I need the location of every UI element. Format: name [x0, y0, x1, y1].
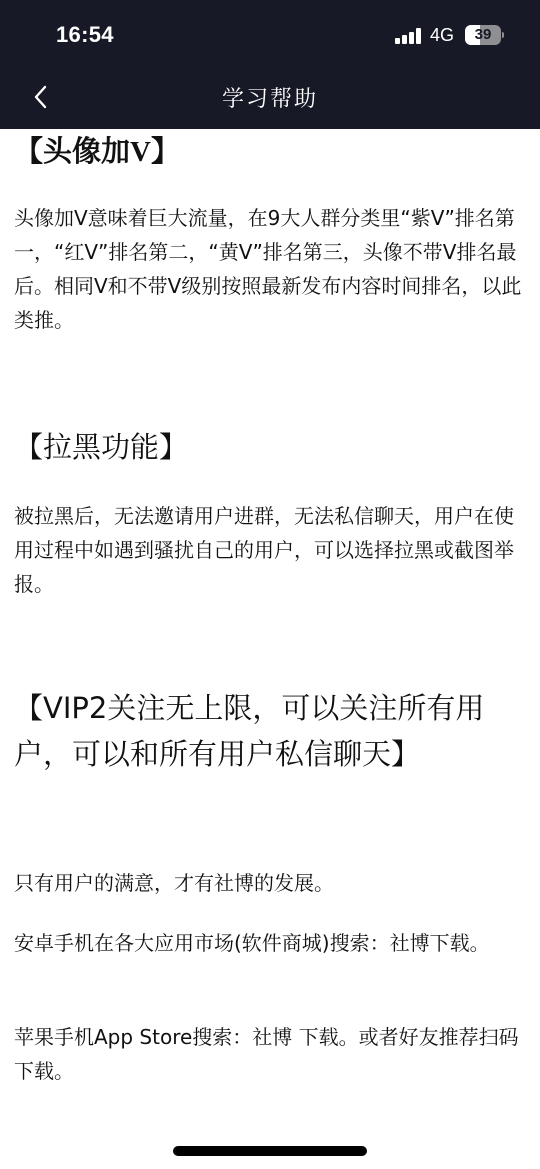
- section-heading-vip2-line1: 【VIP2关注无上限，可以关注所有用: [14, 687, 484, 729]
- page-title: 学习帮助: [0, 82, 540, 113]
- signal-bars-icon: [395, 28, 421, 44]
- home-indicator[interactable]: [173, 1146, 367, 1156]
- section-heading-vip2-line2: 户，可以和所有用户私信聊天】: [14, 733, 420, 775]
- footer-paragraph-android: 安卓手机在各大应用市场(软件商城)搜索：社博下载。: [14, 926, 529, 960]
- footer-paragraph-satisfaction: 只有用户的满意，才有社博的发展。: [14, 866, 529, 900]
- battery-percent: 39: [465, 25, 501, 45]
- section-heading-verified: 【头像加V】: [14, 131, 180, 173]
- section-body-block: 被拉黑后，无法邀请用户进群，无法私信聊天，用户在使用过程中如遇到骚扰自己的用户，…: [14, 499, 529, 601]
- section-body-verified: 头像加V意味着巨大流量，在9大人群分类里“紫V”排名第一，“红V”排名第二，“黄…: [14, 201, 529, 337]
- section-heading-block: 【拉黑功能】: [14, 426, 188, 468]
- battery-icon: 39: [465, 25, 501, 45]
- footer-paragraph-ios: 苹果手机App Store搜索：社博 下载。或者好友推荐扫码下载。: [14, 1020, 529, 1088]
- status-time: 16:54: [56, 22, 114, 48]
- top-bar: 16:54 4G 39 学习帮助: [0, 0, 540, 129]
- network-type: 4G: [430, 25, 454, 46]
- battery-tip: [502, 32, 504, 38]
